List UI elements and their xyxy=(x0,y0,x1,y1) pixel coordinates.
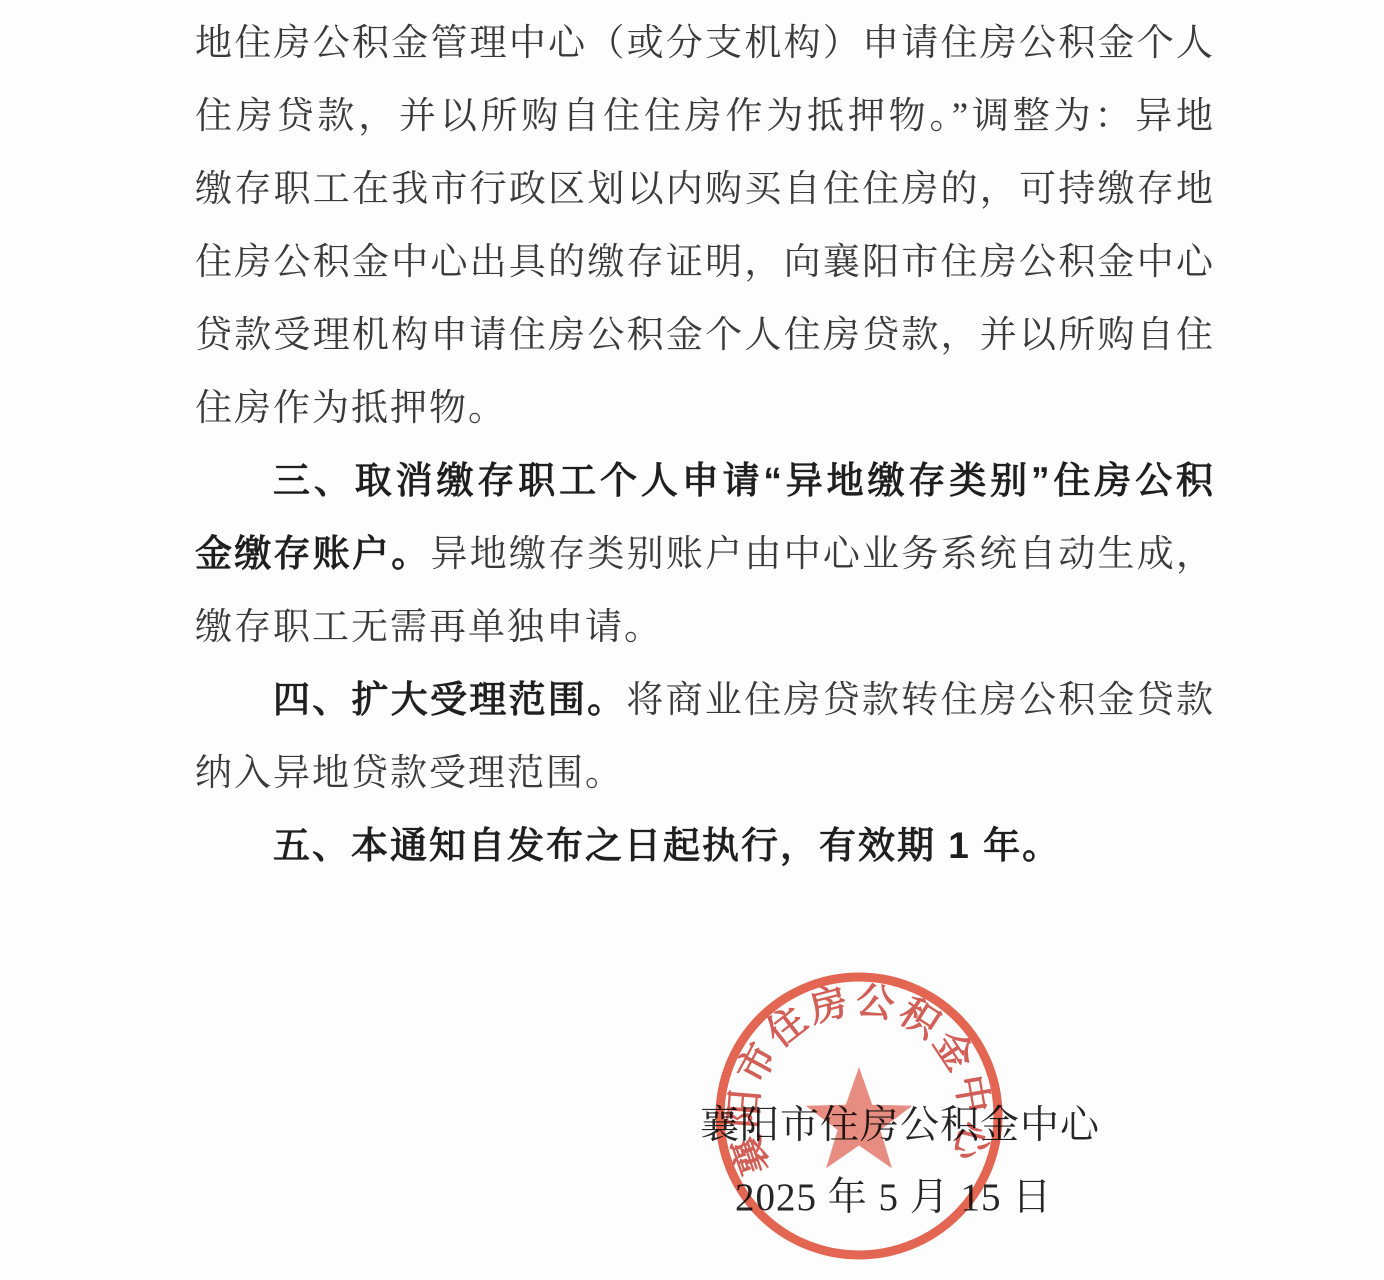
body-line-text: 住房作为抵押物。 xyxy=(195,388,507,429)
body-line: 住房作为抵押物。 xyxy=(195,371,1215,444)
body-line: 缴存职工在我市行政区划以内购买自住住房的，可持缴存地 xyxy=(195,152,1215,225)
body-line-bold: 五、本通知自发布之日起执行，有效期 1 年。 xyxy=(273,825,1061,866)
notice-body: 地住房公积金管理中心（或分支机构）申请住房公积金个人 住房贷款，并以所购自住住房… xyxy=(195,6,1215,882)
official-seal: 襄阳市住房公积金中心 xyxy=(709,966,1009,1266)
body-line: 地住房公积金管理中心（或分支机构）申请住房公积金个人 xyxy=(195,6,1215,79)
body-line: 金缴存账户。异地缴存类别账户由中心业务系统自动生成， xyxy=(195,517,1215,590)
body-line: 缴存职工无需再单独申请。 xyxy=(195,590,1215,663)
body-line: 贷款受理机构申请住房公积金个人住房贷款，并以所购自住 xyxy=(195,298,1215,371)
body-line-bold: 四、扩大受理范围。 xyxy=(273,679,626,720)
body-line: 住房公积金中心出具的缴存证明，向襄阳市住房公积金中心 xyxy=(195,225,1215,298)
body-line-text: 地住房公积金管理中心（或分支机构）申请住房公积金个人 xyxy=(195,23,1215,64)
body-line-text: 贷款受理机构申请住房公积金个人住房贷款，并以所购自住 xyxy=(195,315,1215,356)
body-line-text: 缴存职工无需再单独申请。 xyxy=(195,607,663,648)
body-line-text: 将商业住房贷款转住房公积金贷款 xyxy=(626,680,1215,721)
body-line: 住房贷款，并以所购自住住房作为抵押物。”调整为：异地 xyxy=(195,79,1215,152)
body-line-bold: 三、取消缴存职工个人申请“异地缴存类别”住房公积 xyxy=(273,460,1215,501)
section-heading-4: 四、扩大受理范围。将商业住房贷款转住房公积金贷款 xyxy=(195,663,1215,736)
body-line-text: 纳入异地贷款受理范围。 xyxy=(195,753,624,794)
section-heading-3: 三、取消缴存职工个人申请“异地缴存类别”住房公积 xyxy=(195,444,1215,517)
body-line-text: 缴存职工在我市行政区划以内购买自住住房的，可持缴存地 xyxy=(195,169,1215,210)
body-line: 纳入异地贷款受理范围。 xyxy=(195,736,1215,809)
seal-star-icon xyxy=(806,1067,913,1168)
notice-page: 地住房公积金管理中心（或分支机构）申请住房公积金个人 住房贷款，并以所购自住住房… xyxy=(0,0,1384,1280)
section-heading-5: 五、本通知自发布之日起执行，有效期 1 年。 xyxy=(195,809,1215,882)
body-line-text: 住房贷款，并以所购自住住房作为抵押物。”调整为：异地 xyxy=(195,96,1215,137)
body-line-text: 异地缴存类别账户由中心业务系统自动生成， xyxy=(430,534,1215,575)
body-line-bold: 金缴存账户。 xyxy=(195,533,430,574)
body-line-text: 住房公积金中心出具的缴存证明，向襄阳市住房公积金中心 xyxy=(195,242,1215,283)
